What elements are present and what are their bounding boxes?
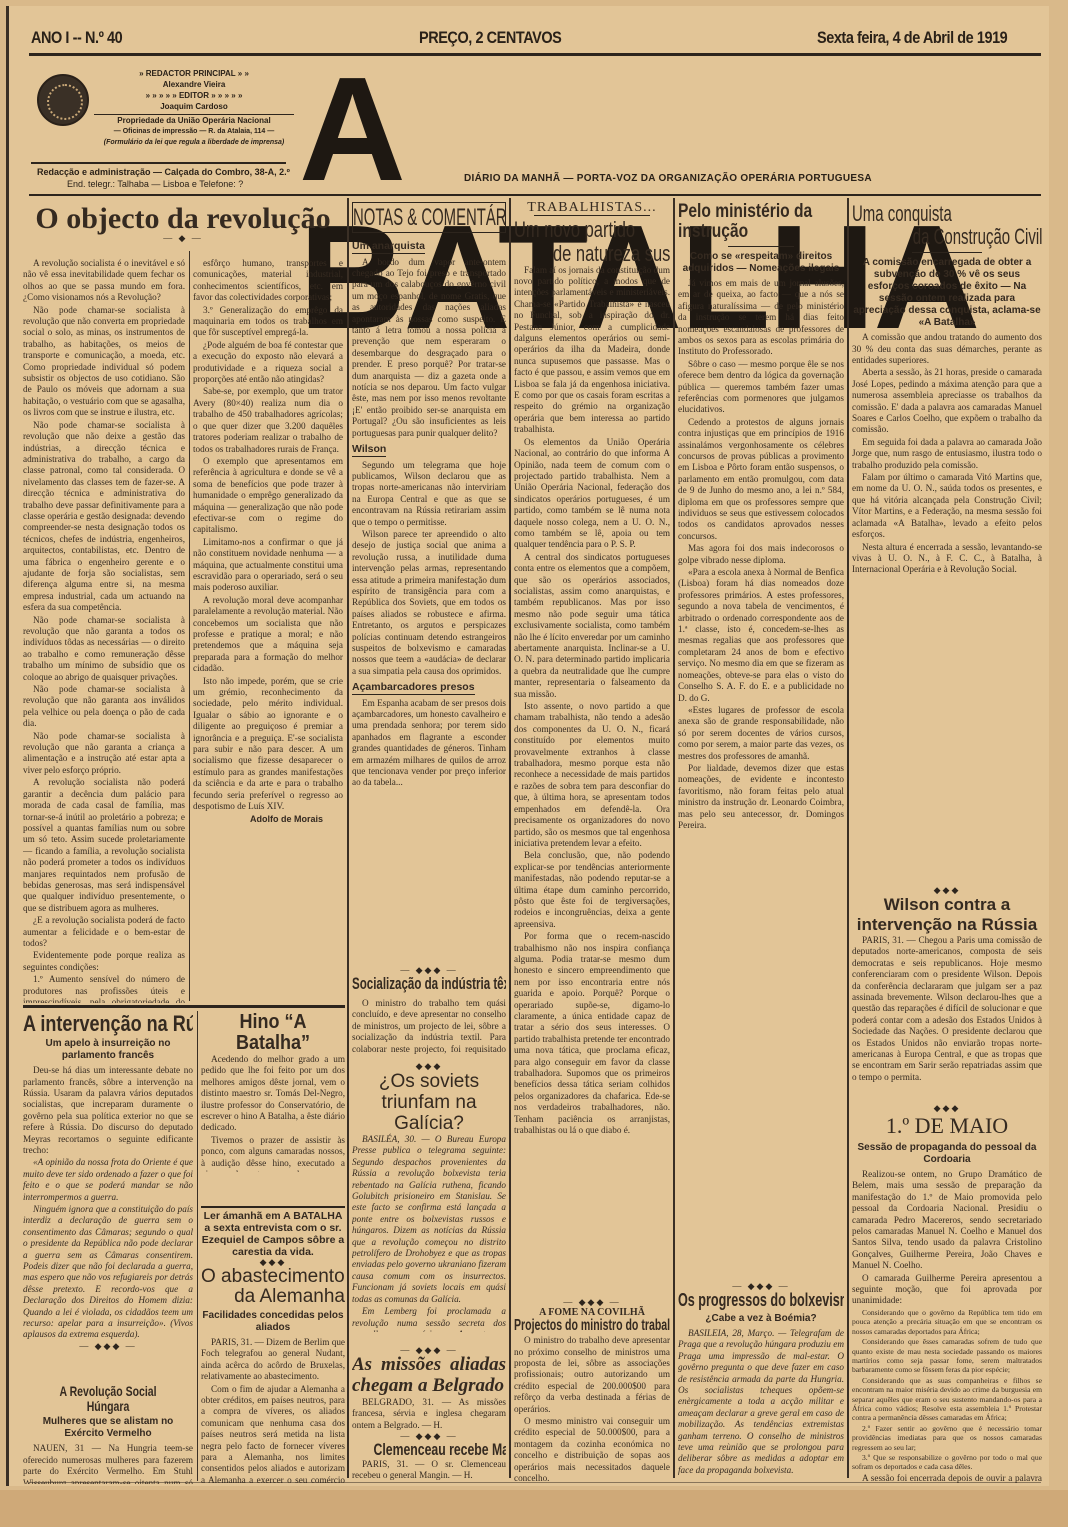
note-title: Um anarquista — [352, 241, 425, 253]
lead-article-title: O objecto da revolução — [23, 204, 343, 234]
article-hino: Hino “A Batalha” Acedendo do melhor grad… — [201, 1012, 345, 1172]
article-deck: A comissão encarregada de obter a subven… — [852, 257, 1042, 329]
article-title: Wilson contra a intervenção na Rússia — [852, 895, 1042, 935]
article-signature: Adolfo de Morais — [193, 814, 343, 825]
article-abastecimento: ◆◆◆ O abastecimento da Alemanha Facilida… — [201, 1258, 345, 1484]
article-bolxevismo: — ◆◆◆ — Os progressos do bolxevismo ¿Cab… — [678, 1282, 844, 1482]
address: Redacção e administração — Calçada do Co… — [37, 166, 290, 178]
article-title: As missões aliadas chegam a Belgrado — [352, 1355, 506, 1397]
article-trabalhistas: TRABALHISTAS... Um novo partido de natur… — [514, 202, 670, 1292]
article-soviets: ◆◆◆ ¿Os soviets triunfam na Galícia? BAS… — [352, 1062, 506, 1332]
article-subtitle: Como se «respeitam» direitos adquiridos … — [678, 251, 844, 275]
article-hungara: A Revolução Social Húngara Mulheres que … — [23, 1384, 193, 1484]
article-russia: A intervenção na Rússia Um apelo à insur… — [23, 1012, 193, 1382]
imprint-line: — Oficinas de impressão — R. da Atalaia,… — [94, 126, 294, 137]
article-title: Pelo ministério da instrução — [678, 202, 842, 242]
section-header-box: NOTAS & COMENTÁRIOS — [352, 202, 506, 233]
issue-number: ANO I -- N.º 40 — [31, 28, 122, 48]
article-title: Socialização da indústria têxtil — [352, 975, 457, 993]
price: PREÇO, 2 CENTAVOS — [419, 28, 561, 48]
article-title: Projectos do ministro do trabalho — [514, 1318, 617, 1335]
article-missoes: — ◆◆◆ — As missões aliadas chegam a Belg… — [352, 1346, 506, 1481]
promo-box: Ler ámanhã em A BATALHA a sexta entrevis… — [201, 1210, 345, 1256]
article-subtitle: Facilidades concedidas pelos aliados — [201, 1310, 345, 1334]
imprint-line: » REDACTOR PRINCIPAL » » — [94, 68, 294, 79]
section-title: NOTAS & COMENTÁRIOS — [353, 205, 447, 230]
article-title: ¿Os soviets triunfam na Galícia? — [352, 1071, 506, 1134]
article-construcao: Uma conquista da Construção Civil A comi… — [852, 202, 1042, 882]
address-block: Redacção e administração — Calçada do Co… — [37, 166, 290, 190]
lead-article-col2: esfôrço humano, transportes e comunicaçõ… — [193, 258, 343, 1003]
article-subtitle: Um apelo à insurreição no parlamento fra… — [23, 1038, 193, 1062]
note-title: Wilson — [352, 444, 386, 456]
article-title-2: da Construção Civil — [913, 225, 1042, 248]
article-subtitle: Mulheres que se alistam no Exército Verm… — [23, 1416, 193, 1440]
lead-article-header: O objecto da revolução — ◆ — — [23, 204, 343, 254]
page-edge — [0, 1490, 1068, 1527]
article-primeiro-maio: ◆◆◆ 1.º DE MAIO Sessão de propaganda do … — [852, 1104, 1042, 1484]
note-title: Açambarcadores presos — [352, 682, 475, 694]
article-kicker: TRABALHISTAS... — [514, 202, 670, 213]
lead-article-col1: A revolução socialista é o inevitável e … — [23, 258, 185, 1003]
article-title: Clemenceau recebe Mangin — [374, 1441, 485, 1459]
seal-emblem — [37, 74, 89, 126]
article-title: Um novo partido — [514, 218, 631, 241]
article-title: Os progressos do bolxevismo — [678, 1291, 794, 1310]
promo-text: Ler ámanhã em A BATALHA a sexta entrevis… — [201, 1210, 345, 1256]
newspaper-page: ANO I -- N.º 40 PREÇO, 2 CENTAVOS Sexta … — [6, 6, 1049, 1486]
article-title: A intervenção na Rússia — [23, 1012, 162, 1035]
imprint-line: Propriedade da União Operária Nacional — [94, 114, 294, 126]
article-title: Hino “A Batalha” — [208, 1012, 338, 1054]
imprint-line: (Formulário da lei que regula a liberdad… — [94, 137, 294, 148]
issue-date: Sexta feira, 4 de Abril de 1919 — [817, 28, 1007, 48]
article-title: A Revolução Social Húngara — [44, 1384, 172, 1413]
motion-text: Considerando que o govêrno da República … — [852, 1308, 1042, 1472]
article-title: O abastecimento — [201, 1267, 345, 1287]
article-title-2: da Alemanha — [201, 1287, 345, 1307]
article-title: 1.º DE MAIO — [852, 1113, 1042, 1139]
article-subtitle: ¿Cabe a vez à Boémia? — [678, 1313, 844, 1325]
article-subtitle: Sessão de propaganda do pessoal da Cordo… — [852, 1142, 1042, 1166]
imprint-line: » » » » » EDITOR » » » » » — [94, 90, 294, 101]
masthead-tagline: DIÁRIO DA MANHÃ — PORTA-VOZ DA ORGANIZAÇ… — [464, 173, 872, 184]
telegraph: End. telegr.: Talhaba — Lisboa e Telefon… — [37, 178, 290, 190]
imprint-line: Alexandre Vieira — [94, 79, 294, 90]
imprint-line: Joaquim Cardoso — [94, 101, 294, 112]
article-title-2: de natureza suspeita — [553, 242, 670, 265]
notas-comentarios: NOTAS & COMENTÁRIOS Um anarquista A bord… — [352, 202, 506, 947]
article-wilson: ◆◆◆ Wilson contra a intervenção na Rússi… — [852, 886, 1042, 1101]
article-covilha: — ◆◆◆ — A FOME NA COVILHÃ Projectos do m… — [514, 1298, 670, 1483]
imprint-box: » REDACTOR PRINCIPAL » » Alexandre Vieir… — [94, 68, 294, 148]
article-title: Uma conquista — [852, 202, 981, 225]
article-instrucao: Pelo ministério da instrução Como se «re… — [678, 202, 844, 1222]
